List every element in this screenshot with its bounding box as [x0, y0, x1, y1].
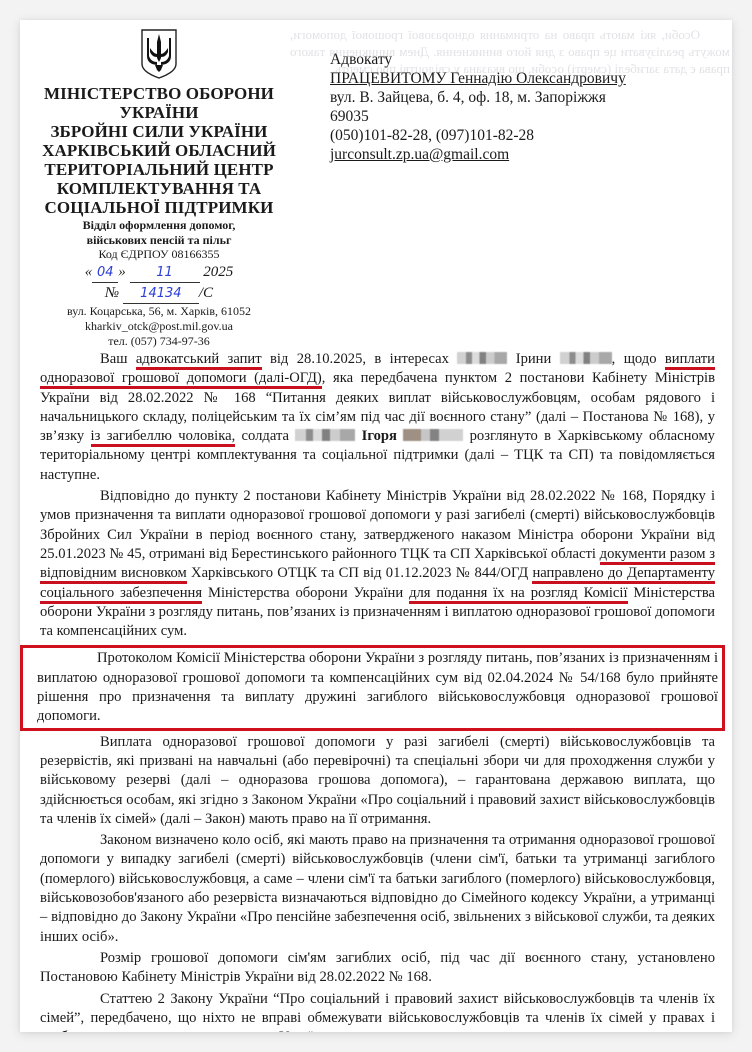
- org-name-line: КОМПЛЕКТУВАННЯ ТА: [32, 179, 286, 198]
- redacted-surname: [403, 429, 463, 441]
- addressee-block: Адвокату ПРАЦЕВИТОМУ Геннадію Олександро…: [330, 50, 710, 164]
- org-name-line: МІНІСТЕРСТВО ОБОРОНИ: [32, 84, 286, 103]
- redacted-surname: [560, 352, 612, 364]
- org-name-line: УКРАЇНИ: [32, 103, 286, 122]
- number-value: 14134: [123, 284, 199, 304]
- trident-emblem-icon: [139, 28, 179, 80]
- date-year: 2025: [203, 264, 233, 280]
- paragraph-eligibility: Законом визначено коло осіб, які мають п…: [40, 831, 715, 947]
- sender-header: МІНІСТЕРСТВО ОБОРОНИ УКРАЇНИ ЗБРОЙНІ СИЛ…: [32, 28, 286, 349]
- text: Міністерства оборони України: [202, 585, 409, 601]
- number-suffix: /С: [199, 285, 213, 301]
- text: Ірини: [507, 351, 559, 367]
- addressee-name: ПРАЦЕВИТОМУ Геннадію Олександровичу: [330, 69, 710, 88]
- paragraph-payment: Виплата одноразової грошової допомоги у …: [40, 733, 715, 829]
- text: солдата: [235, 428, 295, 444]
- date-day: 04: [92, 263, 118, 283]
- quote-open: «: [85, 264, 93, 280]
- addressee-phones: (050)101-82-28, (097)101-82-28: [330, 126, 710, 145]
- document-page: Особи, які мають право на отримання одно…: [20, 20, 732, 1032]
- paragraph-article2: Статтею 2 Закону України “Про соціальний…: [40, 990, 715, 1033]
- text: Ваш: [100, 351, 136, 367]
- document-date: «04» 11 2025: [32, 263, 286, 283]
- bold-name: Ігоря: [355, 428, 403, 444]
- addressee-title: Адвокату: [330, 50, 710, 69]
- addressee-street: вул. В. Зайцева, б. 4, оф. 18, м. Запорі…: [330, 88, 710, 107]
- department-line: Відділ оформлення допомог,: [32, 218, 286, 232]
- date-month: 11: [130, 263, 200, 283]
- redacted-surname: [295, 429, 355, 441]
- department-line: військових пенсій та пільг: [32, 233, 286, 247]
- redacted-surname: [457, 352, 507, 364]
- number-sign: №: [105, 285, 119, 301]
- red-underline-death: із загибеллю чоловіка,: [91, 428, 236, 447]
- red-highlight-box: Протоколом Комісії Міністерства оборони …: [20, 645, 725, 730]
- quote-close: »: [118, 264, 126, 280]
- addressee-email: jurconsult.zp.ua@gmail.com: [330, 145, 710, 164]
- sender-phone: тел. (057) 734-97-36: [32, 334, 286, 349]
- edrpou-code: Код ЄДРПОУ 08166355: [32, 247, 286, 262]
- paragraph-request: Ваш адвокатський запит від 28.10.2025, в…: [40, 350, 715, 485]
- document-number: № 14134/С: [32, 284, 286, 304]
- red-underline-request: адвокатський запит: [136, 351, 262, 370]
- org-name-line: СОЦІАЛЬНОЇ ПІДТРИМКИ: [32, 198, 286, 217]
- paragraph-amount: Розмір грошової допомоги сім'ям загиблих…: [40, 949, 715, 988]
- paragraph-protocol: Протоколом Комісії Міністерства оборони …: [37, 649, 718, 726]
- org-name-line: ТЕРИТОРІАЛЬНИЙ ЦЕНТР: [32, 160, 286, 179]
- red-underline-commission: для подання їх на розгляд Комісії: [409, 585, 627, 604]
- text: Харківського ОТЦК та СП від 01.12.2023 №…: [187, 565, 533, 581]
- text: від 28.10.2025, в інтересах: [262, 351, 458, 367]
- text: , щодо: [612, 351, 665, 367]
- paragraph-documents: Відповідно до пункту 2 постанови Кабінет…: [40, 487, 715, 641]
- letter-body: Ваш адвокатський запит від 28.10.2025, в…: [40, 350, 715, 1032]
- sender-address: вул. Коцарська, 56, м. Харків, 61052: [32, 304, 286, 319]
- addressee-postcode: 69035: [330, 107, 710, 126]
- org-name-line: ЗБРОЙНІ СИЛИ УКРАЇНИ: [32, 122, 286, 141]
- org-name-line: ХАРКІВСЬКИЙ ОБЛАСНИЙ: [32, 141, 286, 160]
- sender-email: kharkiv_otck@post.mil.gov.ua: [32, 319, 286, 334]
